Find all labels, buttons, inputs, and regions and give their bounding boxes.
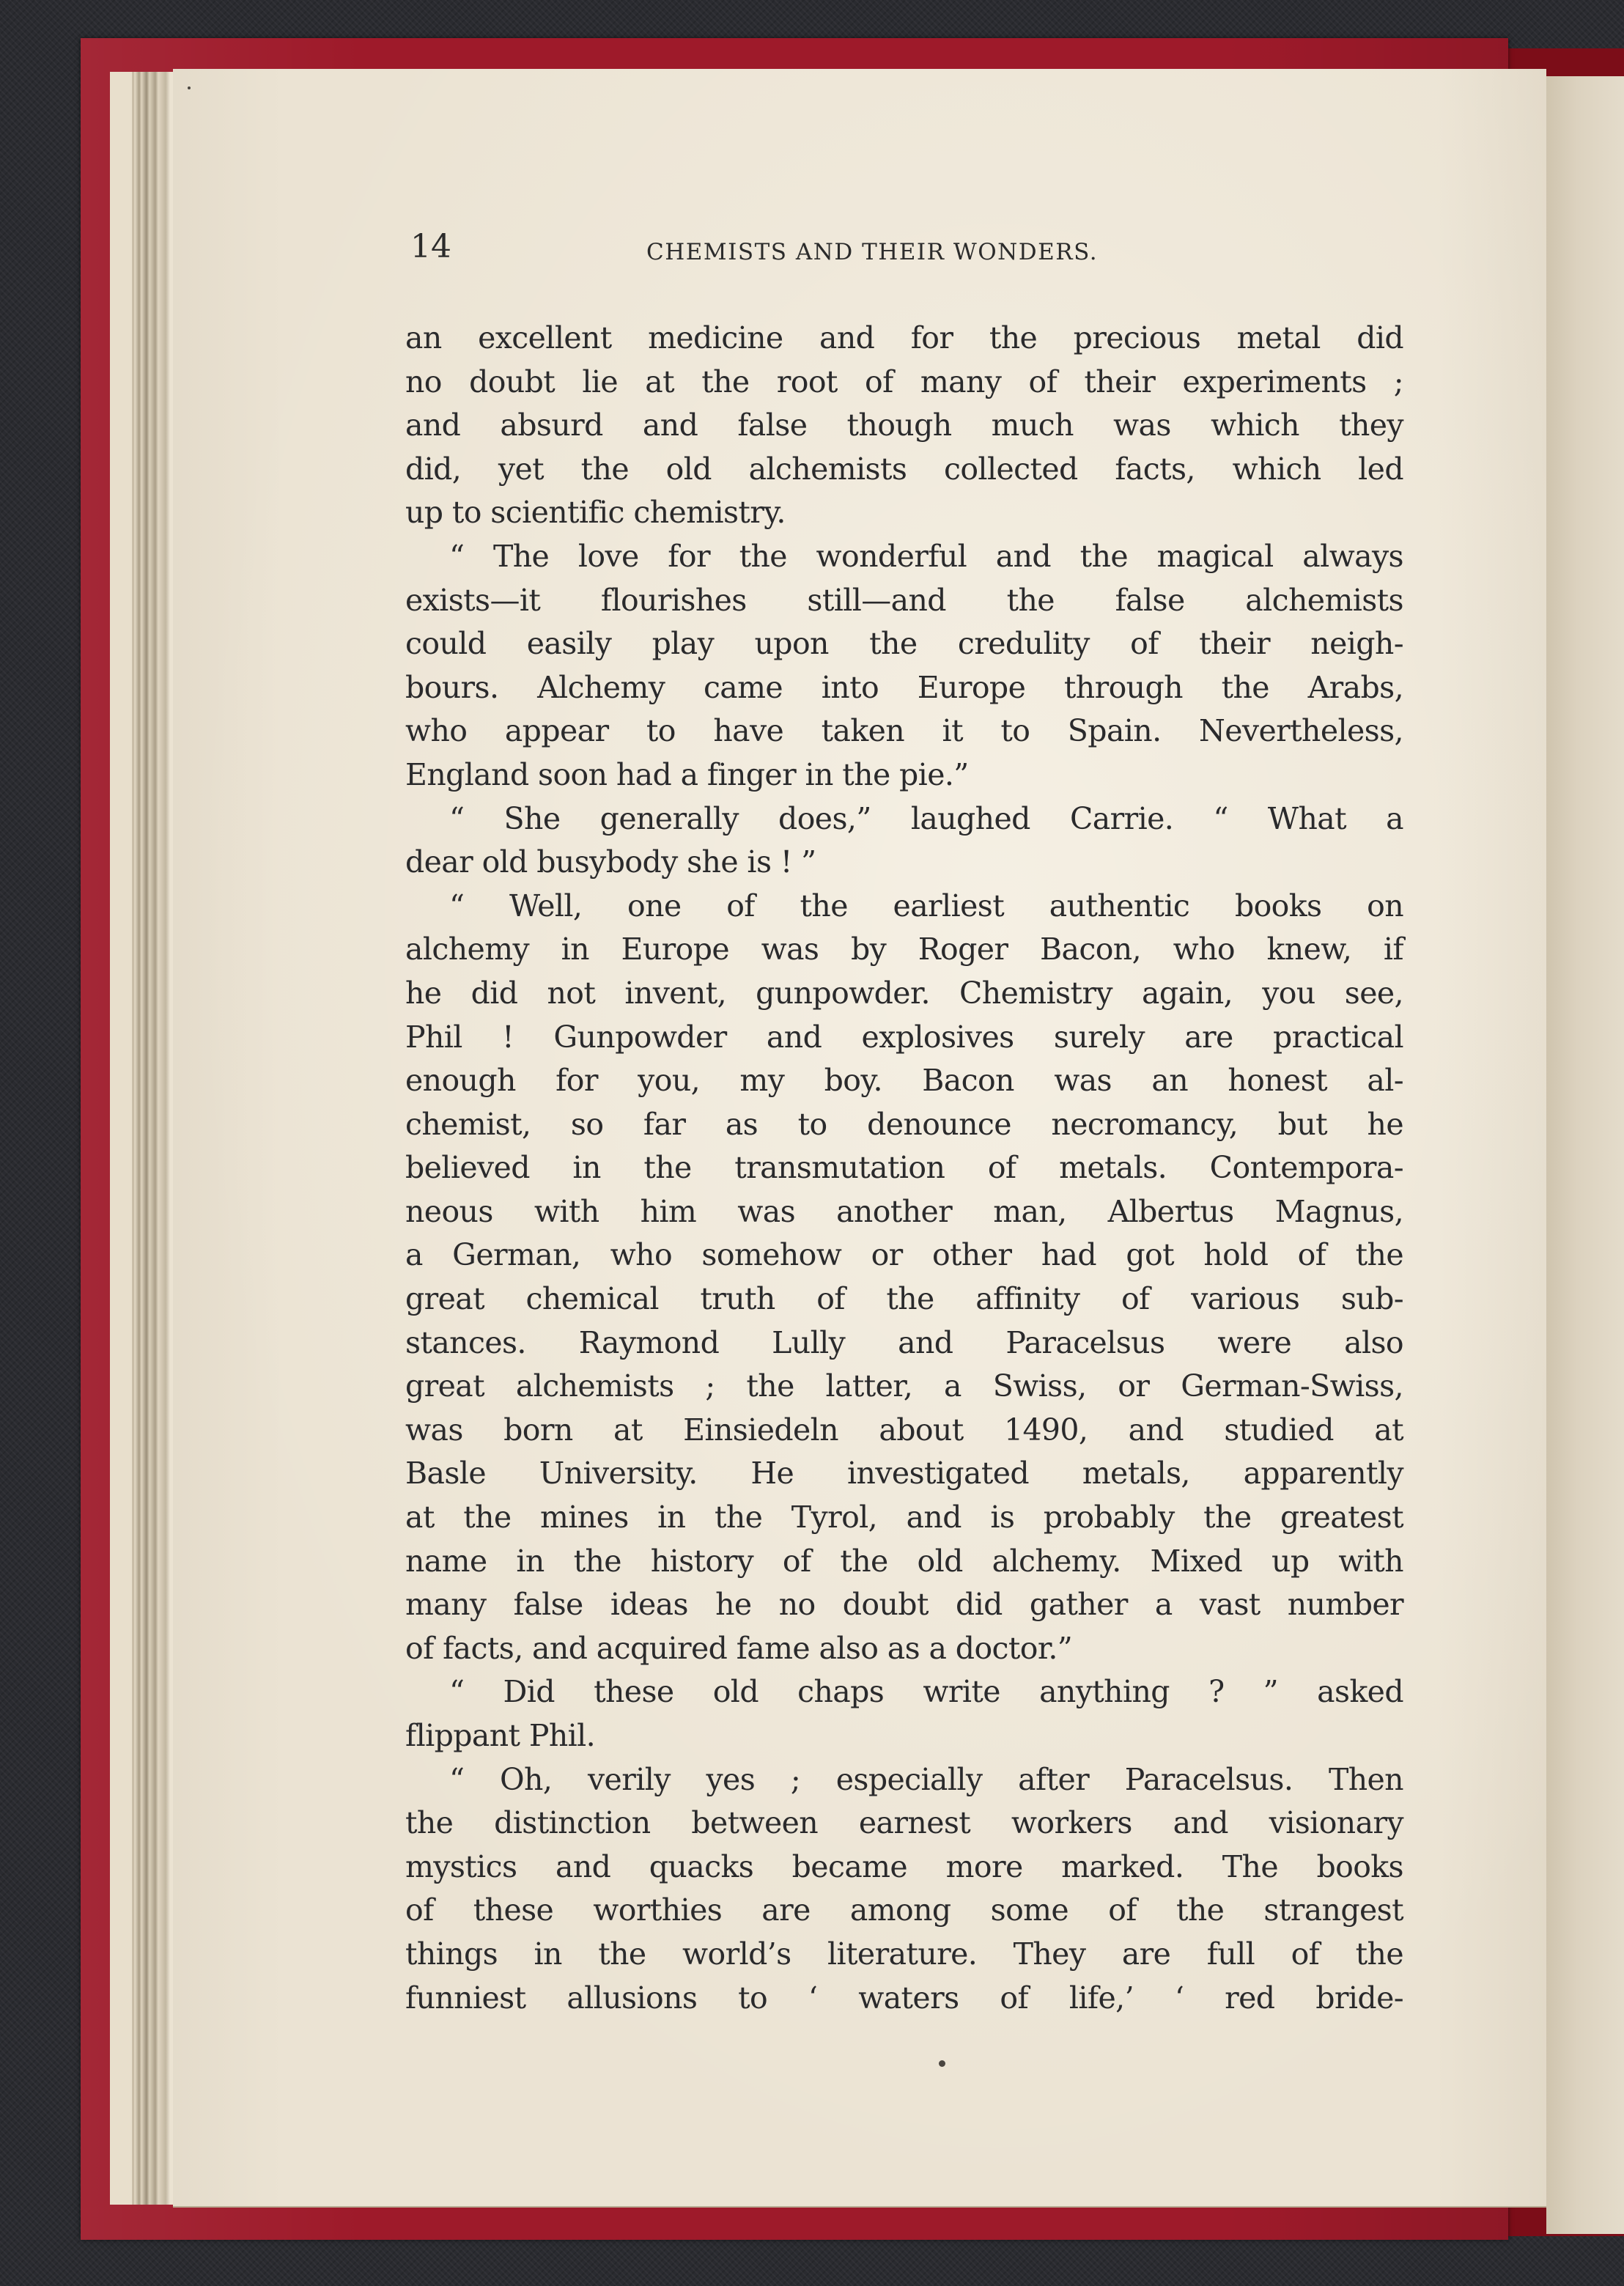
text-line: no doubt lie at the root of many of thei… xyxy=(405,361,1403,405)
paper-speck xyxy=(188,86,191,89)
text-line: funniest allusions to ‘ waters of life,’… xyxy=(405,1977,1403,2021)
text-line: “ Well, one of the earliest authentic bo… xyxy=(405,885,1403,929)
text-line: neous with him was another man, Albertus… xyxy=(405,1190,1403,1234)
text-line: of these worthies are among some of the … xyxy=(405,1889,1403,1933)
text-line: stances. Raymond Lully and Paracelsus we… xyxy=(405,1321,1403,1365)
text-line: he did not invent, gunpowder. Chemistry … xyxy=(405,972,1403,1016)
text-line: an excellent medicine and for the precio… xyxy=(405,317,1403,361)
text-line: flippant Phil. xyxy=(405,1714,1403,1758)
running-title: CHEMISTS AND THEIR WONDERS. xyxy=(646,237,1098,267)
text-line: alchemy in Europe was by Roger Bacon, wh… xyxy=(405,928,1403,972)
text-line: “ The love for the wonderful and the mag… xyxy=(405,535,1403,579)
text-line: “ Oh, verily yes ; especially after Para… xyxy=(405,1758,1403,1802)
text-line: up to scientific chemistry. xyxy=(405,491,1403,535)
paper-speck xyxy=(939,2060,945,2067)
text-line: many false ideas he no doubt did gather … xyxy=(405,1583,1403,1627)
text-line: “ Did these old chaps write anything ? ”… xyxy=(405,1670,1403,1714)
running-head: 14 CHEMISTS AND THEIR WONDERS. xyxy=(410,229,1407,273)
text-line: exists—it flourishes still—and the false… xyxy=(405,579,1403,623)
text-line: at the mines in the Tyrol, and is probab… xyxy=(405,1496,1403,1540)
text-line: who appear to have taken it to Spain. Ne… xyxy=(405,709,1403,753)
page-number: 14 xyxy=(410,229,451,265)
page-leaf-edges xyxy=(110,72,177,2205)
text-line: Basle University. He investigated metals… xyxy=(405,1452,1403,1496)
text-line: great alchemists ; the latter, a Swiss, … xyxy=(405,1365,1403,1409)
text-line: “ She generally does,” laughed Carrie. “… xyxy=(405,797,1403,841)
text-line: bours. Alchemy came into Europe through … xyxy=(405,666,1403,710)
text-line: great chemical truth of the affinity of … xyxy=(405,1277,1403,1321)
text-line: England soon had a finger in the pie.” xyxy=(405,753,1403,797)
text-line: was born at Einsiedeln about 1490, and s… xyxy=(405,1409,1403,1453)
text-line: dear old busybody she is ! ” xyxy=(405,841,1403,885)
body-text: an excellent medicine and for the precio… xyxy=(405,317,1403,2020)
text-line: of facts, and acquired fame also as a do… xyxy=(405,1627,1403,1671)
text-line: Phil ! Gunpowder and explosives surely a… xyxy=(405,1016,1403,1060)
text-line: a German, who somehow or other had got h… xyxy=(405,1234,1403,1277)
text-line: enough for you, my boy. Bacon was an hon… xyxy=(405,1059,1403,1103)
text-line: chemist, so far as to denounce necromanc… xyxy=(405,1103,1403,1147)
text-line: did, yet the old alchemists collected fa… xyxy=(405,448,1403,492)
text-line: things in the world’s literature. They a… xyxy=(405,1933,1403,1977)
facing-page-edge xyxy=(1546,76,1624,2234)
text-line: mystics and quacks became more marked. T… xyxy=(405,1846,1403,1889)
text-line: believed in the transmutation of metals.… xyxy=(405,1146,1403,1190)
text-line: could easily play upon the credulity of … xyxy=(405,622,1403,666)
text-line: name in the history of the old alchemy. … xyxy=(405,1540,1403,1584)
text-line: and absurd and false though much was whi… xyxy=(405,404,1403,448)
text-line: the distinction between earnest workers … xyxy=(405,1802,1403,1846)
